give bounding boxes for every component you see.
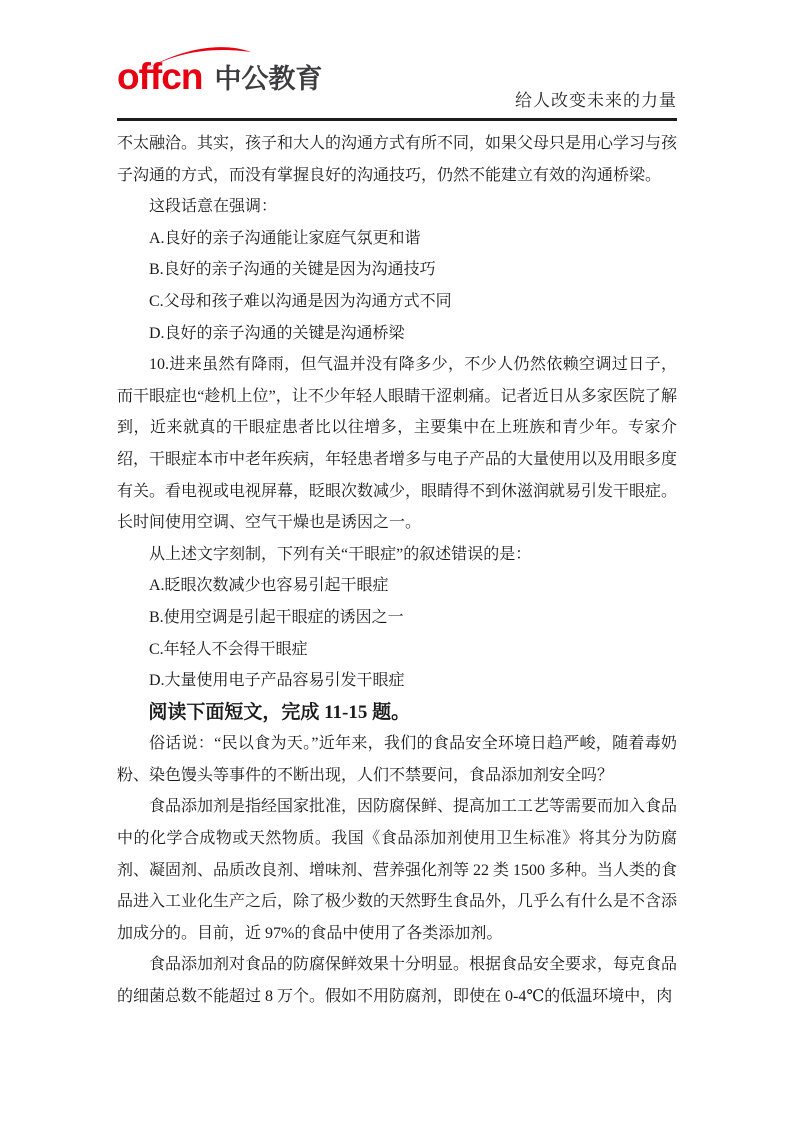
question-9-stem: 这段话意在强调： (117, 191, 677, 223)
question-10-option-a: A.眨眼次数减少也容易引起干眼症 (117, 570, 677, 602)
brand-logo: offcn 中公教育 (117, 57, 322, 97)
page-header: offcn 中公教育 给人改变未来的力量 (117, 55, 677, 121)
page: offcn 中公教育 给人改变未来的力量 不太融洽。其实，孩子和大人的沟通方式有… (0, 0, 793, 1122)
offcn-logo: offcn (117, 57, 202, 97)
passage-paragraph-2: 食品添加剂是指经国家批准，因防腐保鲜、提高加工工艺等需要而加入食品中的化学合成物… (117, 791, 677, 949)
question-10-passage: 10.进来虽然有降雨，但气温并没有降多少，不少人仍然依赖空调过日子，而干眼症也“… (117, 349, 677, 539)
document-body: 不太融洽。其实，孩子和大人的沟通方式有所不同，如果父母只是用心学习与孩子沟通的方… (117, 128, 677, 1013)
passage-paragraph-1: 俗话说：“民以食为天。”近年来，我们的食品安全环境日趋严峻，随着毒奶粉、染色馒头… (117, 728, 677, 791)
question-9-option-d: D.良好的亲子沟通的关键是沟通桥梁 (117, 318, 677, 350)
question-10-stem: 从上述文字刻制，下列有关“干眼症”的叙述错误的是： (117, 539, 677, 571)
question-9-option-c: C.父母和孩子难以沟通是因为沟通方式不同 (117, 286, 677, 318)
continuation-paragraph: 不太融洽。其实，孩子和大人的沟通方式有所不同，如果父母只是用心学习与孩子沟通的方… (117, 128, 677, 191)
brand-cn-wordmark: 中公教育 (214, 61, 322, 97)
question-10-option-d: D.大量使用电子产品容易引发干眼症 (117, 665, 677, 697)
reading-section-heading: 阅读下面短文，完成 11-15 题。 (117, 697, 677, 729)
offcn-wordmark: offcn (117, 56, 202, 97)
question-9-option-a: A.良好的亲子沟通能让家庭气氛更和谐 (117, 223, 677, 255)
question-10-option-b: B.使用空调是引起干眼症的诱因之一 (117, 602, 677, 634)
brand-tagline: 给人改变未来的力量 (515, 86, 677, 111)
question-10-option-c: C.年轻人不会得干眼症 (117, 634, 677, 666)
passage-paragraph-3: 食品添加剂对食品的防腐保鲜效果十分明显。根据食品安全要求，每克食品的细菌总数不能… (117, 949, 677, 1012)
question-9-option-b: B.良好的亲子沟通的关键是因为沟通技巧 (117, 254, 677, 286)
